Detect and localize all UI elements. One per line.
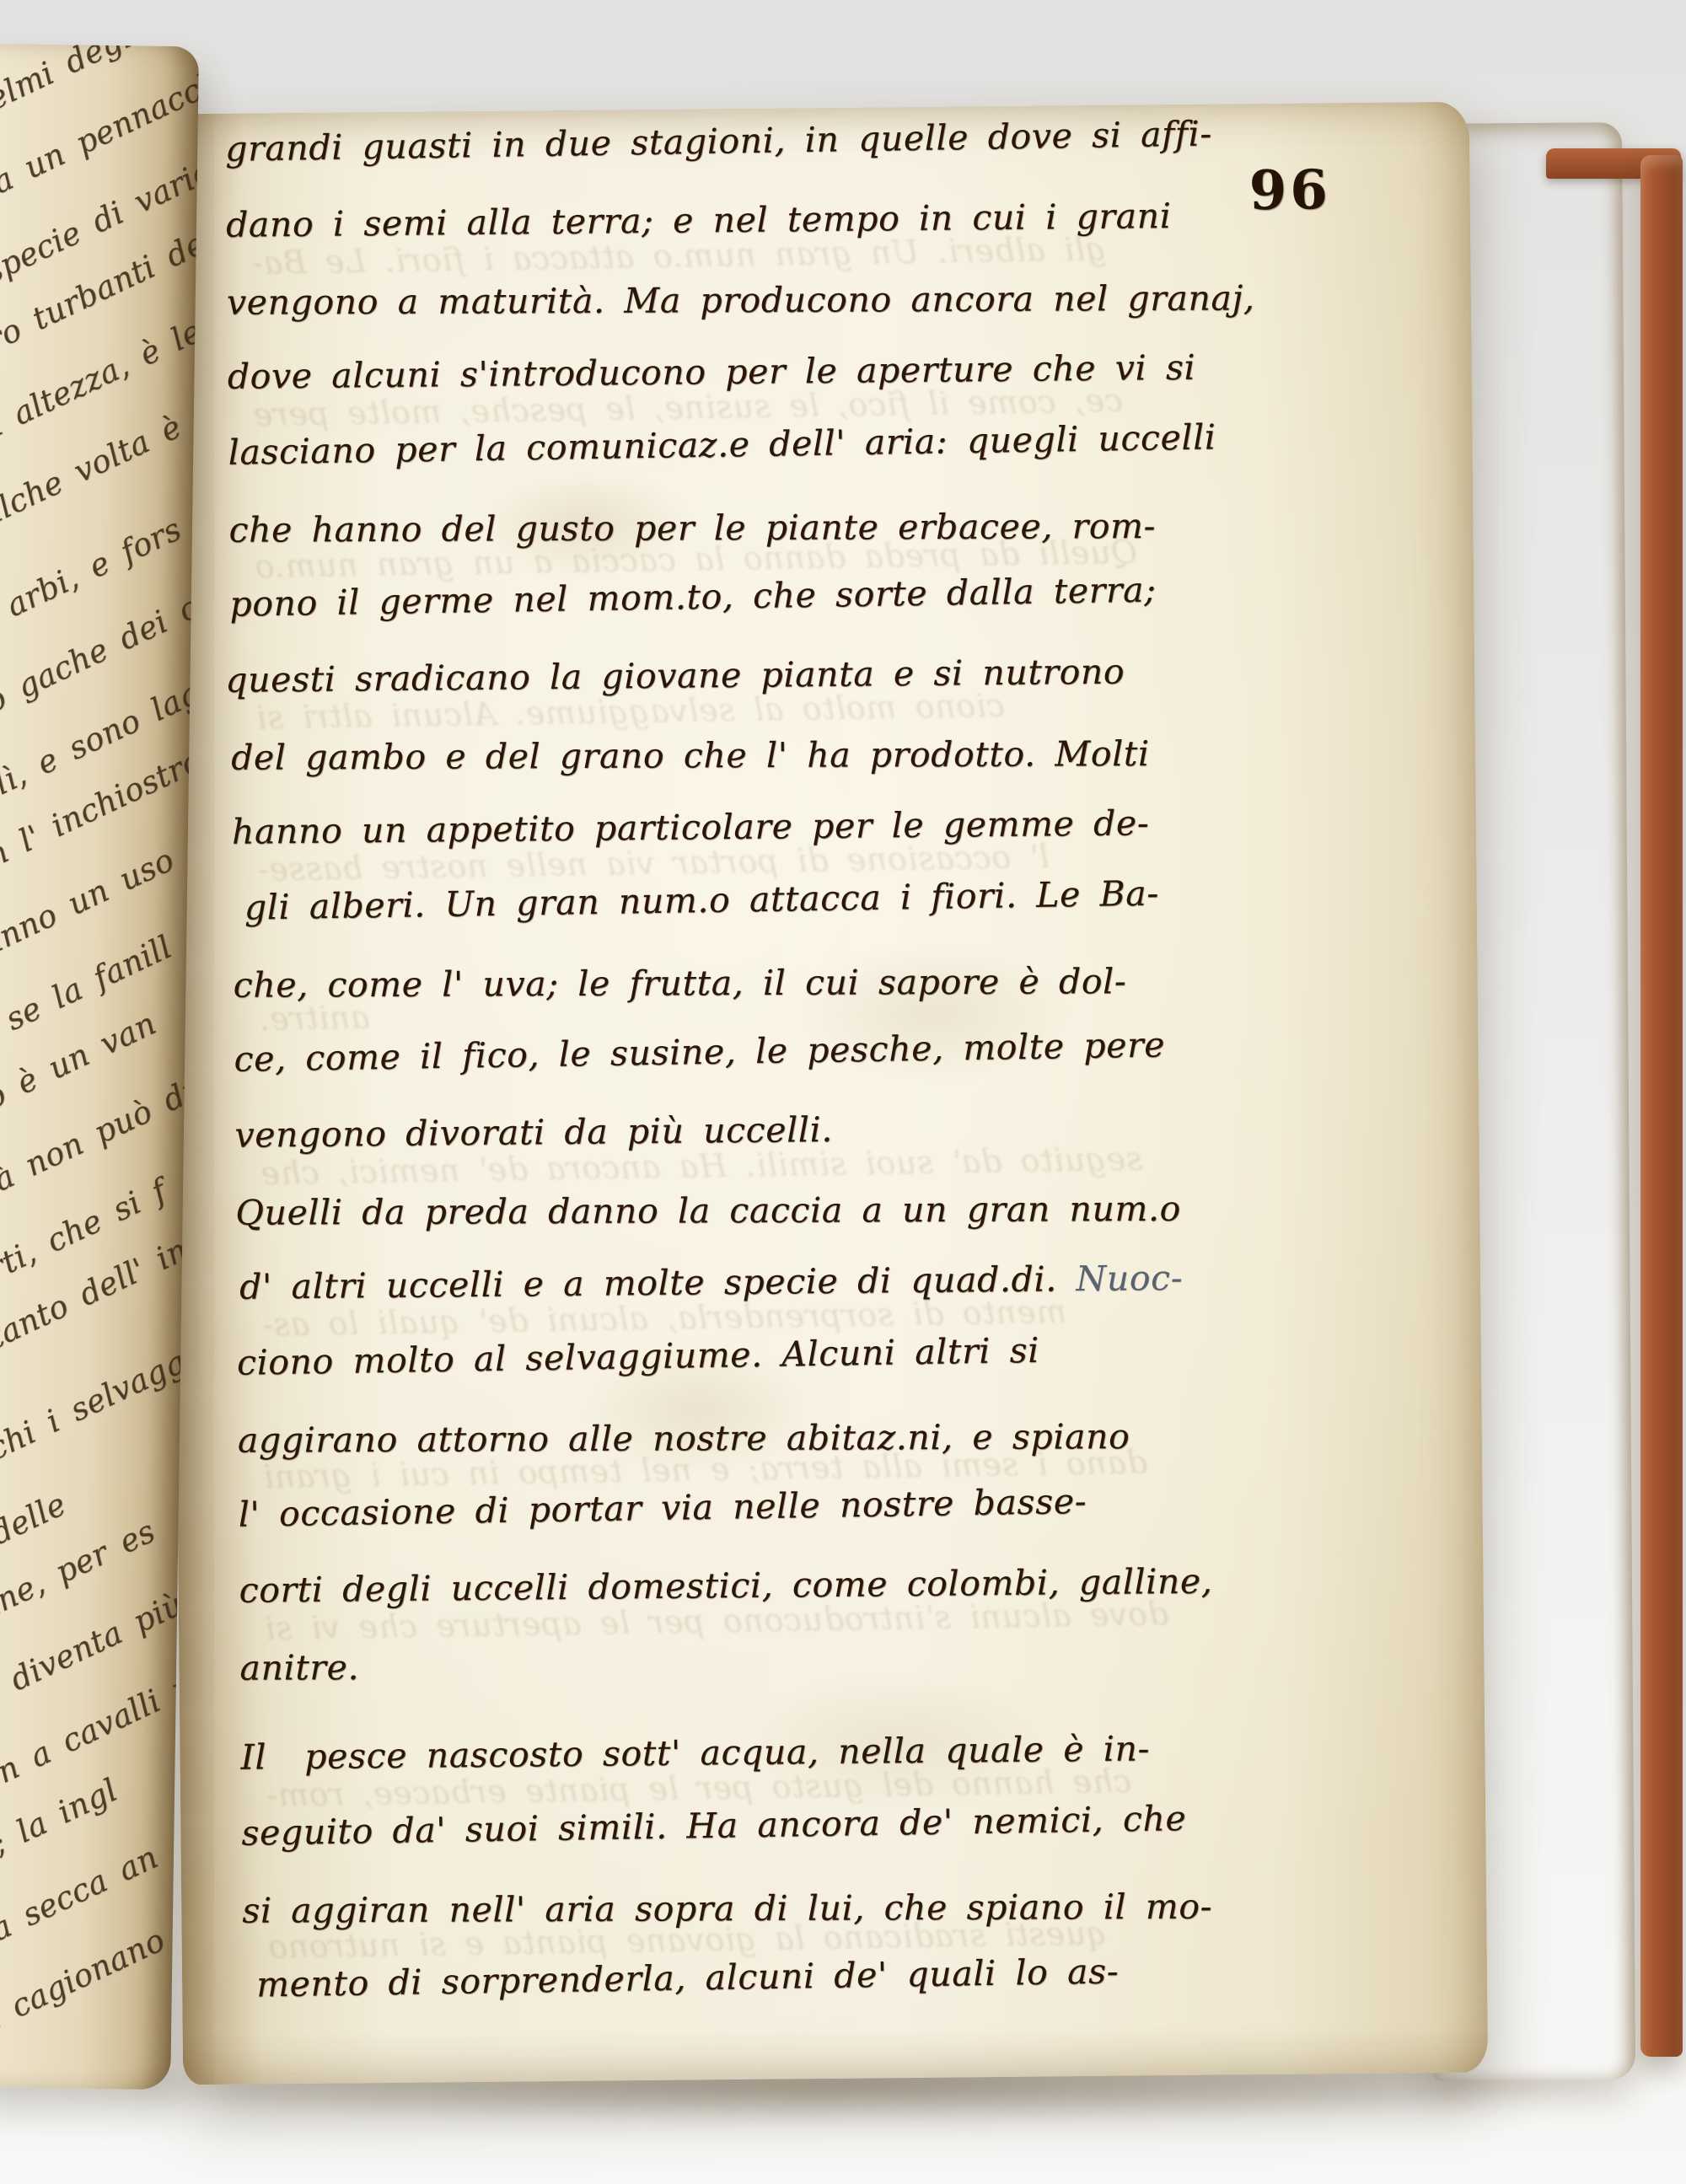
manuscript-line: che, come l' uva; le frutta, il cui sapo… (234, 961, 1127, 1006)
facing-page-fragment: e chi i selvagg (0, 1344, 191, 1483)
manuscript-line: anitre. (239, 1647, 359, 1688)
manuscript-line: aggirano attorno alle nostre abitaz.ni, … (238, 1416, 1130, 1461)
manuscript-line-text: d' altri uccelli e a molte specie di qua… (239, 1258, 1077, 1307)
text-layer: gli alberi. Un gran num.o attacca i fior… (225, 117, 1454, 2068)
book-cover-board (1640, 155, 1683, 2057)
facing-page-edge: ì elmi degli uda un pennacchspecie di va… (0, 44, 199, 2090)
facing-page-fragment: mi cagionano (0, 1922, 170, 2049)
pencil-word: Nuoc- (1076, 1258, 1183, 1299)
manuscript-line: questi sradicano la giovane pianta e si … (225, 652, 1125, 700)
photographed-manuscript: 96 gli alberi. Un gran num.o attacca i f… (0, 0, 1686, 2184)
manuscript-line: che hanno del gusto per le piante erbace… (228, 506, 1156, 550)
manuscript-line: grandi guasti in due stagioni, in quelle… (225, 113, 1212, 169)
manuscript-line: ce, come il fico, le susine, le pesche, … (234, 1024, 1165, 1079)
manuscript-page: 96 gli alberi. Un gran num.o attacca i f… (164, 102, 1488, 2085)
manuscript-line: si aggiran nell' aria sopra di lui, che … (242, 1886, 1212, 1931)
manuscript-line: vengono divorati da più uccelli. (234, 1109, 833, 1156)
manuscript-line: vengono a maturità. Ma producono ancora … (227, 277, 1255, 322)
manuscript-line: Quelli da preda danno la caccia a un gra… (235, 1189, 1181, 1233)
manuscript-line: del gambo e del grano che l' ha prodotto… (231, 733, 1150, 778)
